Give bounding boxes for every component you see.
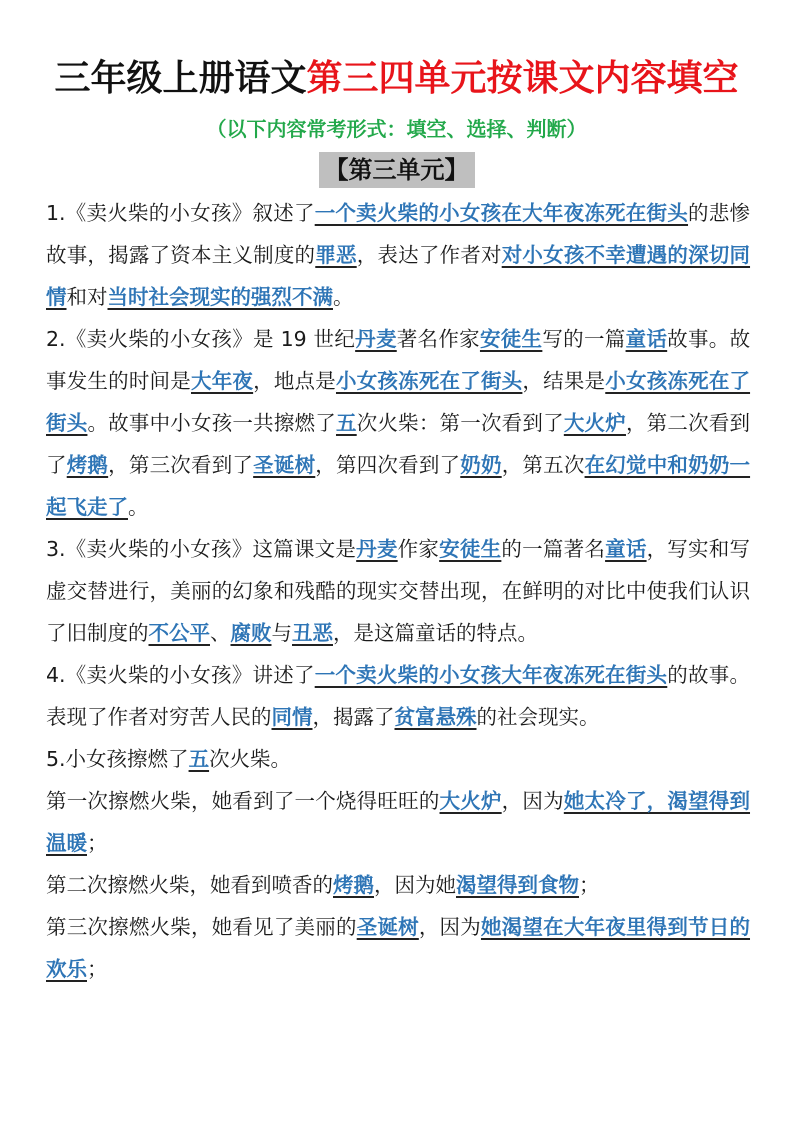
answer-blank: 当时社会现实的强烈不满 <box>108 285 334 309</box>
answer-blank: 丹麦 <box>356 537 397 561</box>
answer-blank: 大火炉 <box>564 411 626 435</box>
page-title: 三年级上册语文第三四单元按课文内容填空 <box>0 56 793 102</box>
answer-blank: 罪恶 <box>315 243 356 267</box>
question-text: 著名作家 <box>397 327 480 351</box>
section-heading-wrap: 【第三单元】 <box>0 152 793 188</box>
question-text: 第二次擦燃火柴，她看到喷香的 <box>46 873 333 897</box>
answer-blank: 贫富悬殊 <box>395 705 477 729</box>
question-text: 2.《卖火柴的小女孩》是 19 世纪 <box>46 327 355 351</box>
item-paragraph: 3.《卖火柴的小女孩》这篇课文是丹麦作家安徒生的一篇著名童话，写实和写虚交替进行… <box>46 528 750 654</box>
question-text: ，是这篇童话的特点。 <box>333 621 538 645</box>
answer-blank: 大年夜 <box>191 369 253 393</box>
answer-blank: 圣诞树 <box>357 915 419 939</box>
question-text: ； <box>579 873 600 897</box>
question-text: ，地点是 <box>253 369 336 393</box>
question-text: ，第五次 <box>502 453 585 477</box>
answer-blank: 同情 <box>272 705 313 729</box>
question-text: ，结果是 <box>522 369 605 393</box>
question-text: 4.《卖火柴的小女孩》讲述了 <box>46 663 315 687</box>
question-text: 3.《卖火柴的小女孩》这篇课文是 <box>46 537 356 561</box>
answer-blank: 安徒生 <box>439 537 501 561</box>
answer-blank: 童话 <box>626 327 668 351</box>
question-text: ，第四次看到了 <box>315 453 460 477</box>
answer-blank: 圣诞树 <box>253 453 315 477</box>
page-subtitle: （以下内容常考形式：填空、选择、判断） <box>0 114 793 144</box>
answer-blank: 奶奶 <box>460 453 501 477</box>
title-black-part: 三年级上册语文 <box>54 58 306 99</box>
item-paragraph: 第一次擦燃火柴，她看到了一个烧得旺旺的大火炉，因为她太冷了，渴望得到温暖； <box>46 780 750 864</box>
answer-blank: 童话 <box>605 537 646 561</box>
question-text: ，第三次看到了 <box>108 453 253 477</box>
item-paragraph: 2.《卖火柴的小女孩》是 19 世纪丹麦著名作家安徒生写的一篇童话故事。故事发生… <box>46 318 750 528</box>
question-text: 和对 <box>67 285 108 309</box>
question-text: ，表达了作者对 <box>357 243 502 267</box>
fill-in-content: 1.《卖火柴的小女孩》叙述了一个卖火柴的小女孩在大年夜冻死在街头的悲惨故事，揭露… <box>46 192 750 990</box>
question-text: 、 <box>210 621 231 645</box>
answer-blank: 丑恶 <box>292 621 333 645</box>
item-paragraph: 5.小女孩擦燃了五次火柴。 <box>46 738 750 780</box>
answer-blank: 五 <box>336 411 357 435</box>
question-text: ； <box>87 957 108 981</box>
item-paragraph: 第二次擦燃火柴，她看到喷香的烤鹅，因为她渴望得到食物； <box>46 864 750 906</box>
question-text: ； <box>87 831 108 855</box>
answer-blank: 烤鹅 <box>333 873 374 897</box>
question-text: 第三次擦燃火柴，她看见了美丽的 <box>46 915 357 939</box>
answer-blank: 一个卖火柴的小女孩大年夜冻死在街头 <box>315 663 668 687</box>
answer-blank: 烤鹅 <box>67 453 108 477</box>
question-text: ，因为 <box>419 915 481 939</box>
question-text: 。 <box>333 285 354 309</box>
section-heading: 【第三单元】 <box>319 152 475 188</box>
item-paragraph: 1.《卖火柴的小女孩》叙述了一个卖火柴的小女孩在大年夜冻死在街头的悲惨故事，揭露… <box>46 192 750 318</box>
question-text: ，因为她 <box>374 873 456 897</box>
answer-blank: 五 <box>189 747 210 771</box>
answer-blank: 一个卖火柴的小女孩在大年夜冻死在街头 <box>315 201 688 225</box>
answer-blank: 丹麦 <box>355 327 397 351</box>
question-text: ，因为 <box>502 789 564 813</box>
question-text: 与 <box>272 621 293 645</box>
question-text: 次火柴。 <box>209 747 291 771</box>
answer-blank: 不公平 <box>149 621 211 645</box>
item-paragraph: 4.《卖火柴的小女孩》讲述了一个卖火柴的小女孩大年夜冻死在街头的故事。表现了作者… <box>46 654 750 738</box>
question-text: ，揭露了 <box>313 705 395 729</box>
answer-blank: 小女孩冻死在了街头 <box>336 369 522 393</box>
question-text: 。故事中小女孩一共擦燃了 <box>87 411 336 435</box>
title-red-part: 第三四单元按课文内容填空 <box>307 58 739 99</box>
question-text: 次火柴：第一次看到了 <box>357 411 564 435</box>
document-page: 三年级上册语文第三四单元按课文内容填空 （以下内容常考形式：填空、选择、判断） … <box>0 0 793 1122</box>
question-text: 1.《卖火柴的小女孩》叙述了 <box>46 201 315 225</box>
answer-blank: 渴望得到食物 <box>456 873 579 897</box>
question-text: 的社会现实。 <box>477 705 600 729</box>
item-paragraph: 第三次擦燃火柴，她看见了美丽的圣诞树，因为她渴望在大年夜里得到节日的欢乐； <box>46 906 750 990</box>
question-text: 写的一篇 <box>542 327 625 351</box>
answer-blank: 大火炉 <box>440 789 502 813</box>
question-text: 。 <box>128 495 149 519</box>
question-text: 作家 <box>398 537 439 561</box>
question-text: 5.小女孩擦燃了 <box>46 747 189 771</box>
answer-blank: 腐败 <box>231 621 272 645</box>
question-text: 的一篇著名 <box>501 537 605 561</box>
question-text: 第一次擦燃火柴，她看到了一个烧得旺旺的 <box>46 789 440 813</box>
answer-blank: 安徒生 <box>480 327 542 351</box>
